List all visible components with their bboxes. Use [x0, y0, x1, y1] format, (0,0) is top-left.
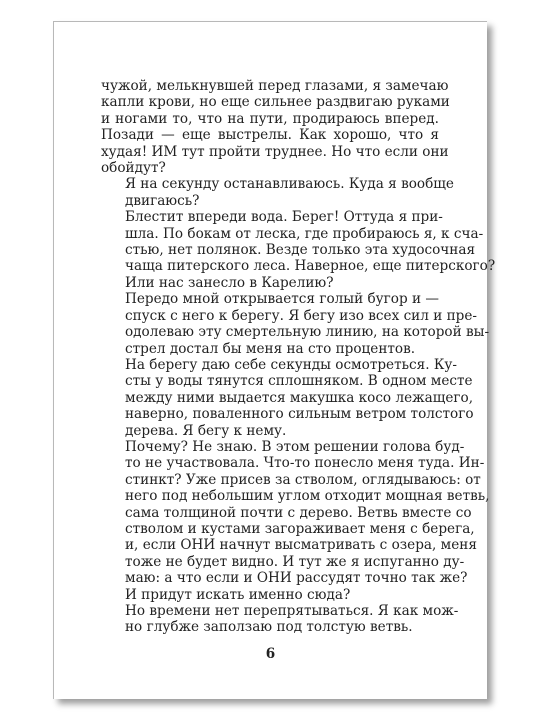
text-line: и ногами то, что на пути, продираюсь впе…: [101, 111, 439, 127]
paragraph: чужой, мелькнувшей перед глазами, я заме…: [101, 78, 439, 176]
text-line: то не участвовала. Что-то понесло меня т…: [101, 455, 439, 471]
text-line: двигаюсь?: [101, 193, 439, 209]
text-line: стинкт? Уже присев за стволом, оглядываю…: [101, 472, 439, 488]
text-line: дерева. Я бегу к нему.: [101, 423, 439, 439]
text-line: наверно, поваленного сильным ветром толс…: [101, 406, 439, 422]
text-line: капли крови, но еще сильнее раздвигаю ру…: [101, 94, 439, 110]
text-line: Но времени нет перепрятываться. Я как мо…: [101, 603, 439, 619]
text-line: и, если ОНИ начнут высматривать с озера,…: [101, 537, 439, 553]
paragraph: Почему? Не знаю. В этом решении голова б…: [101, 439, 439, 603]
book-page: чужой, мелькнувшей перед глазами, я заме…: [53, 21, 487, 699]
text-line: одолеваю эту смертельную линию, на котор…: [101, 324, 439, 340]
paragraph: Блестит впереди вода. Берег! Оттуда я пр…: [101, 209, 439, 291]
text-line: шла. По бокам от леска, где пробираюсь я…: [101, 226, 439, 242]
text-line: маю: а что если и ОНИ рассудят точно так…: [101, 570, 439, 586]
text-line: но глубже заползаю под толстую ветвь.: [101, 619, 439, 635]
text-line: тоже не будет видно. И тут же я испуганн…: [101, 554, 439, 570]
text-line: Почему? Не знаю. В этом решении голова б…: [101, 439, 439, 455]
paragraph: Я на секунду останавливаюсь. Куда я вооб…: [101, 176, 439, 209]
text-line: Передо мной открывается голый бугор и —: [101, 291, 439, 307]
text-line: чаща питерского леса. Наверное, еще пите…: [101, 258, 439, 274]
text-line: него под небольшим углом отходит мощная …: [101, 488, 439, 504]
text-line: худая! ИМ тут пройти труднее. Но что есл…: [101, 144, 439, 160]
text-line: чужой, мелькнувшей перед глазами, я заме…: [101, 78, 439, 94]
text-line: стью, нет полянок. Везде только эта худо…: [101, 242, 439, 258]
text-line: стрел достал бы меня на сто процентов.: [101, 341, 439, 357]
page-number: 6: [54, 646, 487, 662]
text-line: Или нас занесло в Карелию?: [101, 275, 439, 291]
text-line: На берегу даю себе секунды осмотреться. …: [101, 357, 439, 373]
page-body-text: чужой, мелькнувшей перед глазами, я заме…: [101, 78, 439, 636]
text-line: Позади — еще выстрелы. Как хорошо, что я: [101, 127, 439, 143]
paragraph: Передо мной открывается голый бугор и —с…: [101, 291, 439, 357]
text-line: сама толщиной почти с дерево. Ветвь вмес…: [101, 505, 439, 521]
text-line: обойдут?: [101, 160, 439, 176]
text-line: Блестит впереди вода. Берег! Оттуда я пр…: [101, 209, 439, 225]
text-line: сты у воды тянутся сплошняком. В одном м…: [101, 373, 439, 389]
text-line: спуск с него к берегу. Я бегу изо всех с…: [101, 308, 439, 324]
paragraph: Но времени нет перепрятываться. Я как мо…: [101, 603, 439, 636]
text-line: стволом и кустами загораживает меня с бе…: [101, 521, 439, 537]
text-line: между ними выдается макушка косо лежащег…: [101, 390, 439, 406]
paragraph: На берегу даю себе секунды осмотреться. …: [101, 357, 439, 439]
text-line: Я на секунду останавливаюсь. Куда я вооб…: [101, 176, 439, 192]
text-line: И придут искать именно сюда?: [101, 587, 439, 603]
